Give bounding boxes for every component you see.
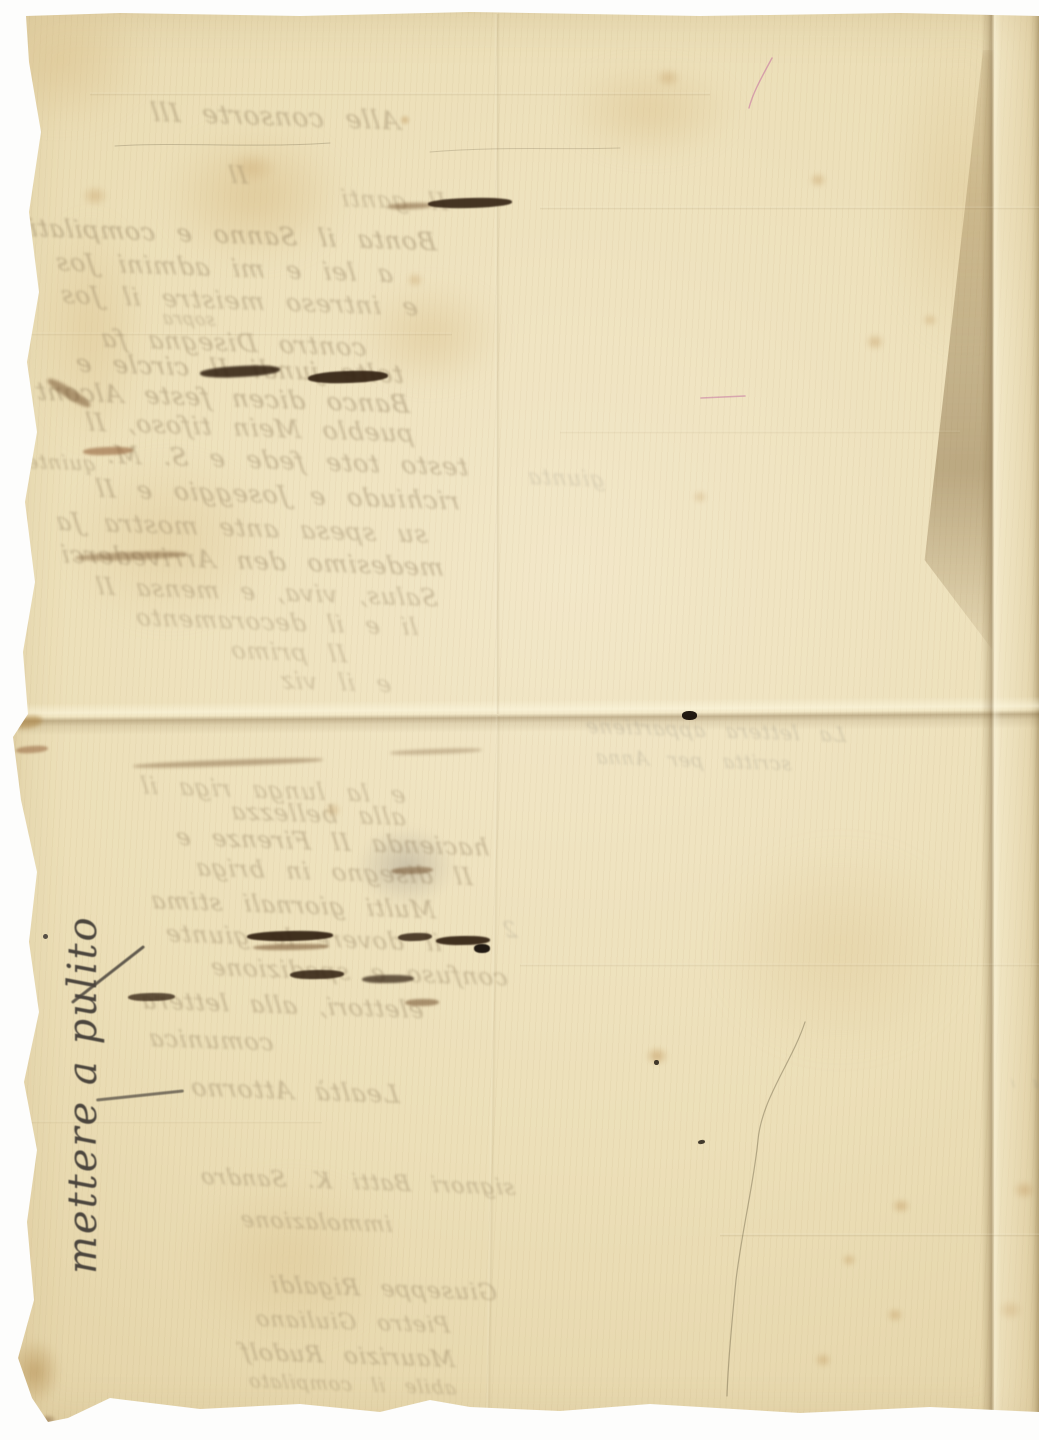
crack-layer bbox=[0, 0, 1039, 1440]
paper-crack bbox=[727, 1022, 805, 1396]
pencil-dot bbox=[43, 934, 48, 939]
paper-crack bbox=[430, 148, 620, 152]
scan-background: Alle consorte IllIlIl gantiBonta il Sann… bbox=[0, 0, 1039, 1440]
pencil-annotation-text: mettere a pulito bbox=[60, 915, 106, 1274]
paper-crack bbox=[701, 396, 745, 398]
manuscript-paper-sheet: Alle consorte IllIlIl gantiBonta il Sann… bbox=[0, 0, 1039, 1440]
paper-crack bbox=[115, 143, 330, 146]
paper-crack bbox=[749, 58, 772, 108]
